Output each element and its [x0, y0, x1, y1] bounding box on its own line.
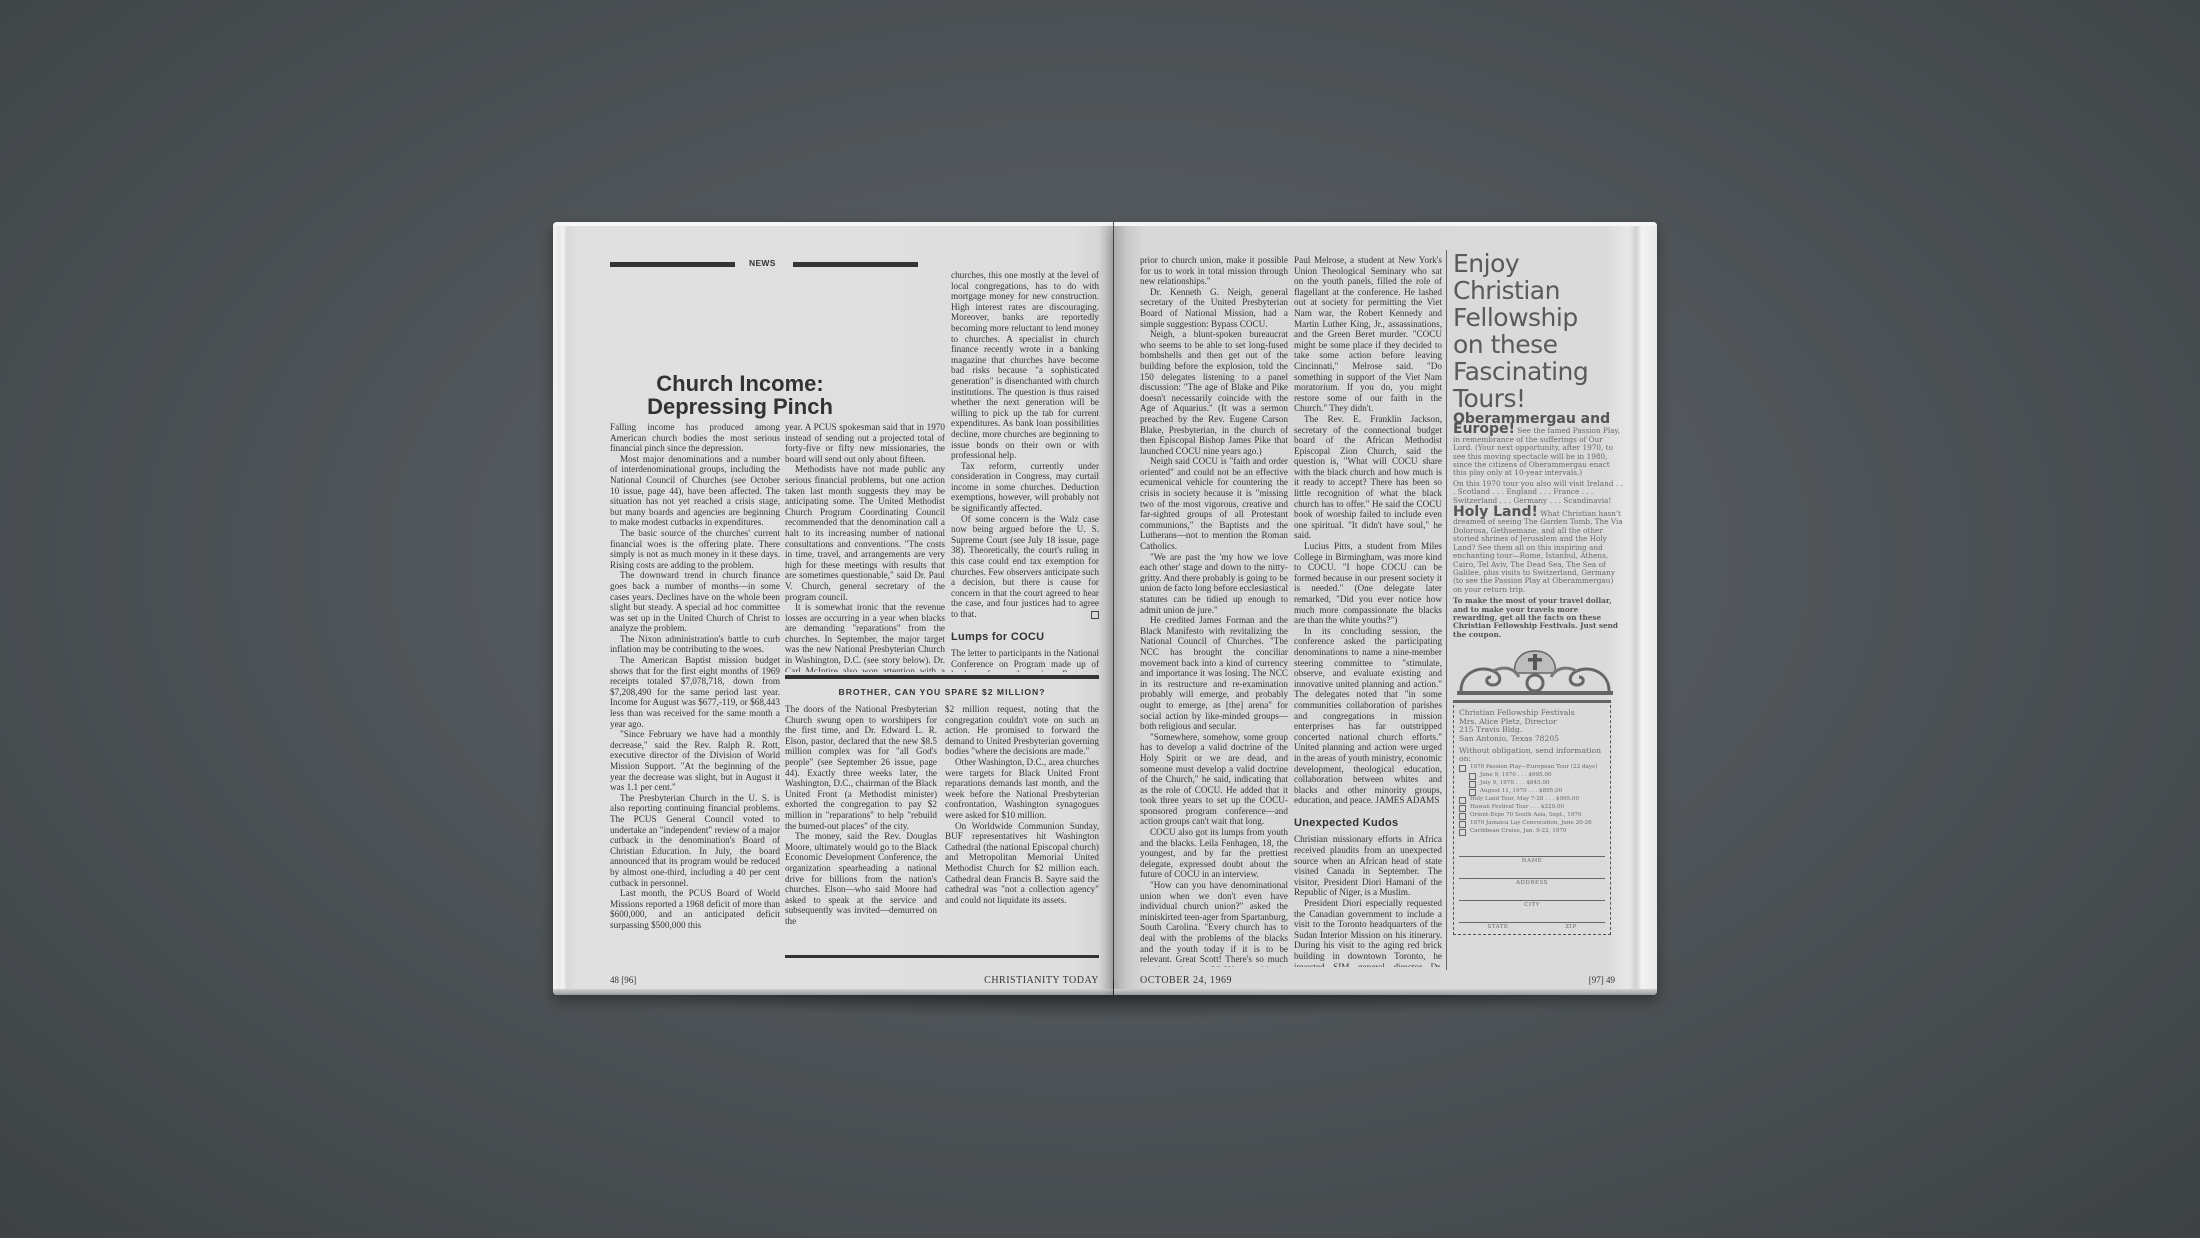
- boxed-story-title: BROTHER, CAN YOU SPARE $2 MILLION?: [785, 687, 1099, 697]
- coupon-address: Christian Fellowship Festivals Mrs. Alic…: [1459, 709, 1605, 743]
- box-rule-top: [785, 675, 1099, 679]
- ad-text: See the famed Passion Play, in remembran…: [1453, 426, 1620, 477]
- paragraph: $2 million request, noting that the cong…: [945, 704, 1099, 757]
- ad-section-oberammergau: Oberammergau and Europe! See the famed P…: [1453, 415, 1623, 505]
- coupon-form: Christian Fellowship Festivals Mrs. Alic…: [1453, 700, 1611, 935]
- paragraph: Neigh said COCU is "faith and order orie…: [1140, 456, 1288, 551]
- page-edge: [1114, 222, 1657, 226]
- checkbox-icon[interactable]: [1459, 813, 1466, 820]
- ad-headline: Enjoy Christian Fellowship on these Fasc…: [1453, 250, 1623, 412]
- option-label: 1970 Passion Play—European Tour (22 days…: [1470, 764, 1597, 771]
- ad-headline-line: Fascinating: [1453, 358, 1623, 385]
- ad-text: On this 1970 tour you also will visit Ir…: [1453, 480, 1623, 505]
- zip-field[interactable]: ZIP: [1565, 924, 1576, 930]
- paragraph: In its concluding session, the conferenc…: [1294, 626, 1442, 806]
- ad-call-to-action: To make the most of your travel dollar, …: [1453, 596, 1618, 639]
- page-folio: 48 [96]: [610, 975, 636, 985]
- ad-headline-line: on these: [1453, 331, 1623, 358]
- issue-date: OCTOBER 24, 1969: [1140, 975, 1232, 986]
- page-edge: [553, 222, 1113, 226]
- ad-section-holy-land: Holy Land! What Christian hasn't dreamed…: [1453, 508, 1623, 594]
- page-edge: [553, 989, 1113, 995]
- checkbox-icon[interactable]: [1469, 781, 1476, 788]
- coupon-city: San Antonio, Texas 78205: [1459, 735, 1605, 744]
- paragraph: The American Baptist mission budget show…: [610, 655, 780, 729]
- byline: JAMES ADAMS: [1375, 795, 1439, 805]
- paragraph: The Rev. E. Franklin Jackson, secretary …: [1294, 414, 1442, 541]
- tour-advertisement: Enjoy Christian Fellowship on these Fasc…: [1446, 250, 1623, 970]
- paragraph: "Somewhere, somehow, some group has to d…: [1140, 732, 1288, 827]
- paragraph: Other Washington, D.C., area churches we…: [945, 757, 1099, 821]
- paragraph: It is somewhat ironic that the revenue l…: [785, 602, 945, 672]
- ad-headline-line: Enjoy Christian: [1453, 250, 1623, 304]
- magazine-name: CHRISTIANITY TODAY: [984, 975, 1099, 986]
- paragraph: prior to church union, make it possible …: [1140, 255, 1288, 287]
- coupon-option[interactable]: Caribbean Cruise, Jan. 9-22, 1970: [1459, 828, 1605, 836]
- cross-ornament-icon: [1453, 647, 1617, 695]
- checkbox-icon[interactable]: [1459, 805, 1466, 812]
- paragraph: churches, this one mostly at the level o…: [951, 270, 1099, 461]
- ad-text: What Christian hasn't dreamed of seeing …: [1453, 509, 1623, 594]
- article-column-3: churches, this one mostly at the level o…: [951, 270, 1099, 672]
- paragraph: The money, said the Rev. Douglas Moore, …: [785, 831, 937, 926]
- coupon-option[interactable]: Orient-Expo 70 South Asia, Sept., 1970: [1459, 812, 1605, 820]
- checkbox-icon[interactable]: [1469, 789, 1476, 796]
- paragraph: Last month, the PCUS Board of World Miss…: [610, 888, 780, 930]
- paragraph: The doors of the National Presbyterian C…: [785, 704, 937, 831]
- paragraph: The Nixon administration's battle to cur…: [610, 634, 780, 655]
- headline-line-1: Church Income:: [610, 372, 870, 395]
- checkbox-icon[interactable]: [1459, 829, 1466, 836]
- paragraph: The Presbyterian Church in the U. S. is …: [610, 793, 780, 888]
- boxed-story-column-2: $2 million request, noting that the cong…: [945, 704, 1099, 966]
- paragraph: COCU also got its lumps from youth and t…: [1140, 827, 1288, 880]
- paragraph: "How can you have denominational union w…: [1140, 880, 1288, 967]
- paragraph: Christian missionary efforts in Africa r…: [1294, 834, 1442, 898]
- coupon-prompt: Without obligation, send information on:: [1459, 747, 1605, 764]
- option-label: August 11, 1970 . . . $895.00: [1480, 788, 1562, 795]
- paragraph: year. A PCUS spokesman said that in 1970…: [785, 422, 945, 464]
- paragraph: Tax reform, currently under consideratio…: [951, 461, 1099, 514]
- paragraph: "We are past the 'my how we love each ot…: [1140, 552, 1288, 616]
- option-label: June 9, 1970 . . . $995.00: [1480, 772, 1551, 779]
- cocu-column-1: prior to church union, make it possible …: [1140, 255, 1288, 967]
- paragraph: Dr. Kenneth G. Neigh, general secretary …: [1140, 287, 1288, 329]
- article-column-1: Falling income has produced among Americ…: [610, 422, 780, 964]
- paragraph: Lucius Pitts, a student from Miles Colle…: [1294, 541, 1442, 626]
- boxed-story-column-1: The doors of the National Presbyterian C…: [785, 704, 937, 966]
- option-label: Hawaii Festival Tour . . . $229.00: [1470, 804, 1564, 811]
- option-label: July 9, 1970 . . . $845.00: [1480, 780, 1550, 787]
- article-column-2: year. A PCUS spokesman said that in 1970…: [785, 422, 945, 672]
- paragraph: Methodists have not made public any seri…: [785, 464, 945, 602]
- paragraph: Of some concern is the Walz case now bei…: [951, 514, 1099, 619]
- paragraph: Falling income has produced among Americ…: [610, 422, 780, 454]
- coupon-option[interactable]: June 9, 1970 . . . $995.00: [1459, 772, 1605, 780]
- option-label: Orient-Expo 70 South Asia, Sept., 1970: [1470, 812, 1582, 819]
- checkbox-icon[interactable]: [1469, 773, 1476, 780]
- headline-line-2: Depressing Pinch: [610, 395, 870, 418]
- paragraph: The downward trend in church finance goe…: [610, 570, 780, 634]
- option-label: Holy Land Tour, May 7-28 . . . $995.00: [1470, 796, 1579, 803]
- paragraph: He credited James Forman and the Black M…: [1140, 615, 1288, 732]
- checkbox-icon[interactable]: [1459, 821, 1466, 828]
- ad-headline-line: Tours!: [1453, 385, 1623, 412]
- cocu-column-2: Paul Melrose, a student at New York's Un…: [1294, 255, 1442, 967]
- section-heading-lumps-for-cocu: Lumps for COCU: [951, 632, 1099, 643]
- news-rule-left: [610, 262, 735, 267]
- option-label: 1970 Jamaica Lay Convocation, June 20-26: [1470, 820, 1592, 827]
- checkbox-icon[interactable]: [1459, 765, 1466, 772]
- left-page: NEWS Church Income: Depressing Pinch Fal…: [553, 222, 1113, 995]
- ad-headline-line: Fellowship: [1453, 304, 1623, 331]
- paragraph: The letter to participants in the Nation…: [951, 648, 1099, 672]
- end-mark-icon: [1091, 611, 1099, 619]
- state-field[interactable]: STATE: [1487, 924, 1508, 930]
- paragraph: "Since February we have had a monthly de…: [610, 729, 780, 793]
- section-heading-unexpected-kudos: Unexpected Kudos: [1294, 818, 1442, 829]
- state-zip-fields[interactable]: STATE ZIP: [1459, 922, 1605, 930]
- page-folio: [97] 49: [1589, 975, 1615, 985]
- coupon-option[interactable]: 1970 Jamaica Lay Convocation, June 20-26: [1459, 820, 1605, 828]
- paragraph: Neigh, a blunt-spoken bureaucrat who see…: [1140, 329, 1288, 456]
- address-field[interactable]: ADDRESS: [1459, 878, 1605, 886]
- coupon-option[interactable]: Hawaii Festival Tour . . . $229.00: [1459, 804, 1605, 812]
- coupon-option[interactable]: July 9, 1970 . . . $845.00: [1459, 780, 1605, 788]
- paragraph: President Diori especially requested the…: [1294, 898, 1442, 967]
- paragraph: On Worldwide Communion Sunday, BUF repre…: [945, 821, 1099, 906]
- coupon-option[interactable]: August 11, 1970 . . . $895.00: [1459, 788, 1605, 796]
- paragraph: The basic source of the churches' curren…: [610, 528, 780, 570]
- coupon-option[interactable]: 1970 Passion Play—European Tour (22 days…: [1459, 764, 1605, 772]
- checkbox-icon[interactable]: [1459, 797, 1466, 804]
- article-headline: Church Income: Depressing Pinch: [610, 372, 870, 418]
- city-field[interactable]: CITY: [1459, 900, 1605, 908]
- paragraph: Most major denominations and a number of…: [610, 454, 780, 528]
- coupon-option[interactable]: Holy Land Tour, May 7-28 . . . $995.00: [1459, 796, 1605, 804]
- page-edge: [1114, 989, 1657, 995]
- box-rule-bottom: [785, 955, 1099, 958]
- section-label-news: NEWS: [749, 258, 776, 268]
- option-label: Caribbean Cruise, Jan. 9-22, 1970: [1470, 828, 1566, 835]
- news-rule-right: [793, 262, 918, 267]
- paragraph: Paul Melrose, a student at New York's Un…: [1294, 255, 1442, 414]
- name-field[interactable]: NAME: [1459, 856, 1605, 864]
- right-page: prior to church union, make it possible …: [1114, 222, 1657, 995]
